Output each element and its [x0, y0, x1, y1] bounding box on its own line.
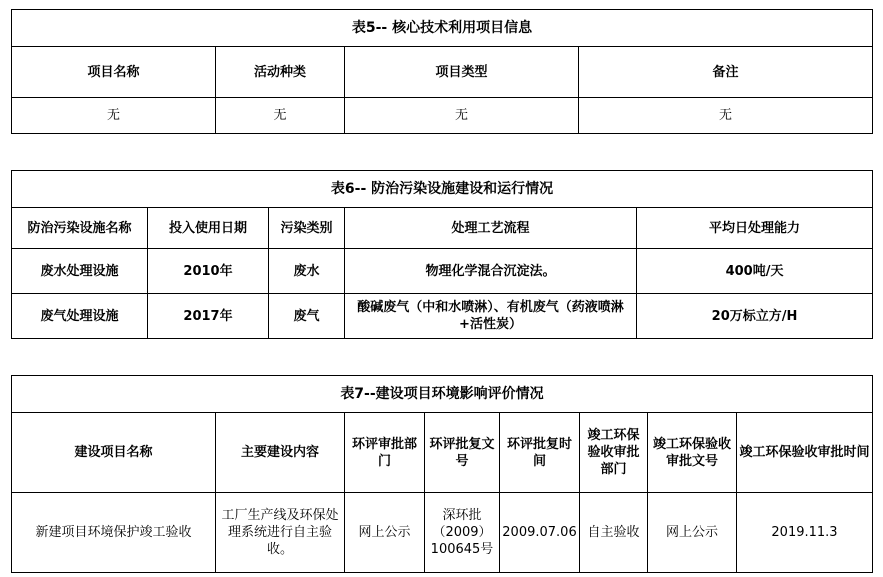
table-cell: 无 — [345, 98, 579, 134]
table-title: 表7--建设项目环境影响评价情况 — [12, 376, 873, 413]
table-cell: 新建项目环境保护竣工验收 — [12, 493, 216, 573]
table-cell: 废水 — [269, 249, 345, 294]
table-environmental-impact-assessment: 表7--建设项目环境影响评价情况 建设项目名称 主要建设内容 环评审批部门 环评… — [11, 375, 873, 573]
table-pollution-control-facilities: 表6-- 防治污染设施建设和运行情况 防治污染设施名称 投入使用日期 污染类别 … — [11, 170, 873, 339]
table-cell: 2017年 — [148, 294, 269, 339]
column-header: 平均日处理能力 — [637, 208, 873, 249]
table-title: 表5-- 核心技术利用项目信息 — [12, 10, 873, 47]
table-cell: 网上公示 — [345, 493, 425, 573]
table-row: 废气处理设施 2017年 废气 酸碱废气（中和水喷淋）、有机废气（药液喷淋+活性… — [12, 294, 873, 339]
column-header: 备注 — [579, 47, 873, 98]
table-cell: 物理化学混合沉淀法。 — [345, 249, 637, 294]
column-header: 处理工艺流程 — [345, 208, 637, 249]
column-header: 主要建设内容 — [216, 413, 345, 493]
column-header: 污染类别 — [269, 208, 345, 249]
table-row: 废水处理设施 2010年 废水 物理化学混合沉淀法。 400吨/天 — [12, 249, 873, 294]
column-header: 项目类型 — [345, 47, 579, 98]
table-cell: 废气处理设施 — [12, 294, 148, 339]
column-header: 竣工环保验收审批时间 — [737, 413, 873, 493]
table-cell: 自主验收 — [580, 493, 648, 573]
table-row: 无 无 无 无 — [12, 98, 873, 134]
table-cell: 废气 — [269, 294, 345, 339]
table-cell: 酸碱废气（中和水喷淋）、有机废气（药液喷淋+活性炭） — [345, 294, 637, 339]
table-row: 新建项目环境保护竣工验收 工厂生产线及环保处理系统进行自主验收。 网上公示 深环… — [12, 493, 873, 573]
column-header: 环评批复文号 — [425, 413, 500, 493]
column-header: 环评批复时间 — [500, 413, 580, 493]
table-cell: 400吨/天 — [637, 249, 873, 294]
table-title-row: 表5-- 核心技术利用项目信息 — [12, 10, 873, 47]
column-header: 活动种类 — [216, 47, 345, 98]
table-header-row: 项目名称 活动种类 项目类型 备注 — [12, 47, 873, 98]
table-cell: 20万标立方/H — [637, 294, 873, 339]
table-cell: 网上公示 — [648, 493, 737, 573]
table-title-row: 表6-- 防治污染设施建设和运行情况 — [12, 171, 873, 208]
table-title: 表6-- 防治污染设施建设和运行情况 — [12, 171, 873, 208]
table-cell: 工厂生产线及环保处理系统进行自主验收。 — [216, 493, 345, 573]
column-header: 防治污染设施名称 — [12, 208, 148, 249]
table-cell: 深环批（2009）100645号 — [425, 493, 500, 573]
table-header-row: 防治污染设施名称 投入使用日期 污染类别 处理工艺流程 平均日处理能力 — [12, 208, 873, 249]
column-header: 建设项目名称 — [12, 413, 216, 493]
table-cell: 废水处理设施 — [12, 249, 148, 294]
column-header: 竣工环保验收审批部门 — [580, 413, 648, 493]
table-cell: 2019.11.3 — [737, 493, 873, 573]
column-header: 环评审批部门 — [345, 413, 425, 493]
table-core-technology-projects: 表5-- 核心技术利用项目信息 项目名称 活动种类 项目类型 备注 无 无 无 … — [11, 9, 873, 134]
table-header-row: 建设项目名称 主要建设内容 环评审批部门 环评批复文号 环评批复时间 竣工环保验… — [12, 413, 873, 493]
table-title-row: 表7--建设项目环境影响评价情况 — [12, 376, 873, 413]
column-header: 投入使用日期 — [148, 208, 269, 249]
table-cell: 无 — [12, 98, 216, 134]
column-header: 项目名称 — [12, 47, 216, 98]
column-header: 竣工环保验收审批文号 — [648, 413, 737, 493]
table-cell: 2009.07.06 — [500, 493, 580, 573]
table-cell: 无 — [216, 98, 345, 134]
table-cell: 无 — [579, 98, 873, 134]
table-cell: 2010年 — [148, 249, 269, 294]
